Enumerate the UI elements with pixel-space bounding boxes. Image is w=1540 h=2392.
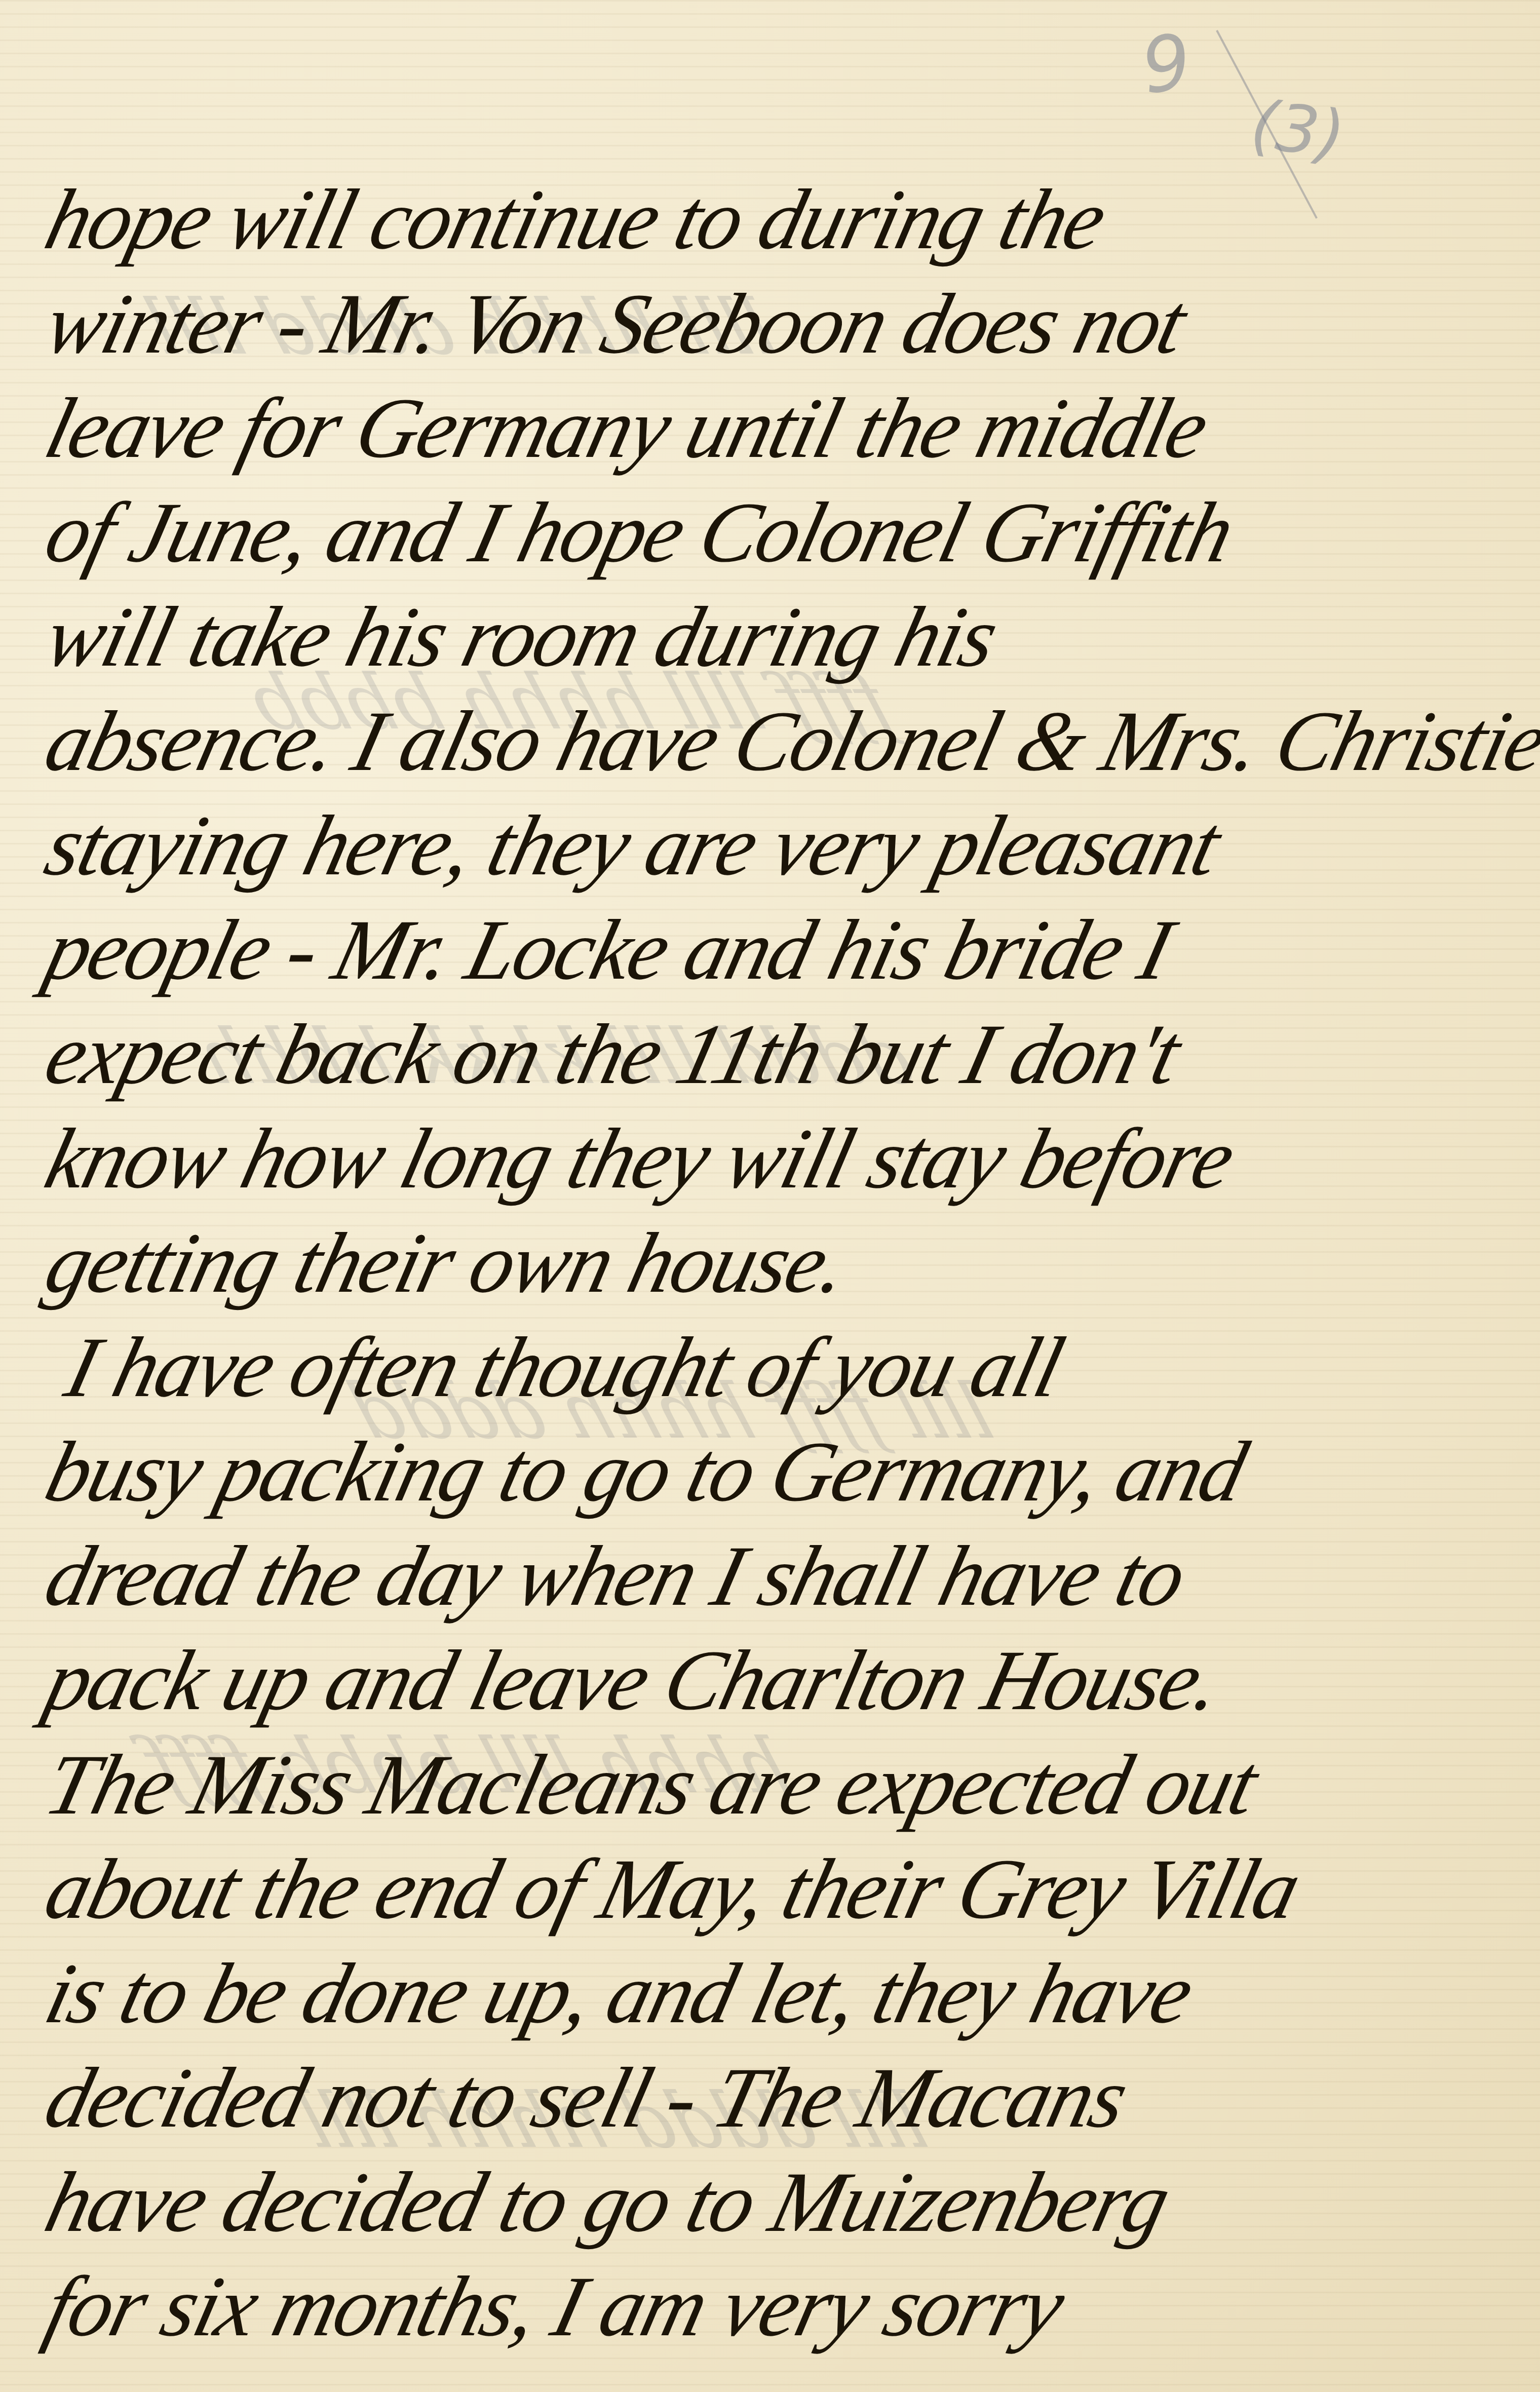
- text-line: about the end of May, their Grey Villa: [35, 1837, 1540, 1941]
- text-line: staying here, they are very pleasant: [35, 793, 1540, 898]
- text-line: busy packing to go to Germany, and: [35, 1419, 1540, 1524]
- letter-page: llll hhhh dddd llll ffff llll hhhh bbbb …: [0, 0, 1540, 2392]
- text-line: leave for Germany until the middle: [35, 376, 1540, 480]
- text-line: of June, and I hope Colonel Griffith: [35, 480, 1540, 585]
- text-line: have decided to go to Muizenberg: [35, 2150, 1540, 2254]
- text-line: decided not to sell - The Macans: [35, 2046, 1540, 2150]
- text-line: I have often thought of you all: [35, 1315, 1540, 1419]
- text-line: getting their own house.: [35, 1211, 1540, 1315]
- pencil-annotation: (3): [1246, 85, 1350, 174]
- text-line: is to be done up, and let, they have: [35, 1941, 1540, 2046]
- text-line: pack up and leave Charlton House.: [35, 1628, 1540, 1732]
- text-line: The Miss Macleans are expected out: [35, 1732, 1540, 1837]
- text-line: expect back on the 11th but I don't: [35, 1002, 1540, 1106]
- letter-body: hope will continue to during the winter …: [35, 167, 1525, 2359]
- text-line: know how long they will stay before: [35, 1106, 1540, 1211]
- text-line: will take his room during his: [35, 585, 1540, 689]
- pencil-annotation: 9: [1136, 17, 1197, 111]
- text-line: absence. I also have Colonel & Mrs. Chri…: [35, 689, 1540, 793]
- text-line: for six months, I am very sorry: [35, 2254, 1540, 2359]
- text-line: hope will continue to during the: [35, 167, 1540, 272]
- text-line: people - Mr. Locke and his bride I: [35, 898, 1540, 1002]
- text-line: dread the day when I shall have to: [35, 1524, 1540, 1628]
- text-line: winter - Mr. Von Seeboon does not: [35, 272, 1540, 376]
